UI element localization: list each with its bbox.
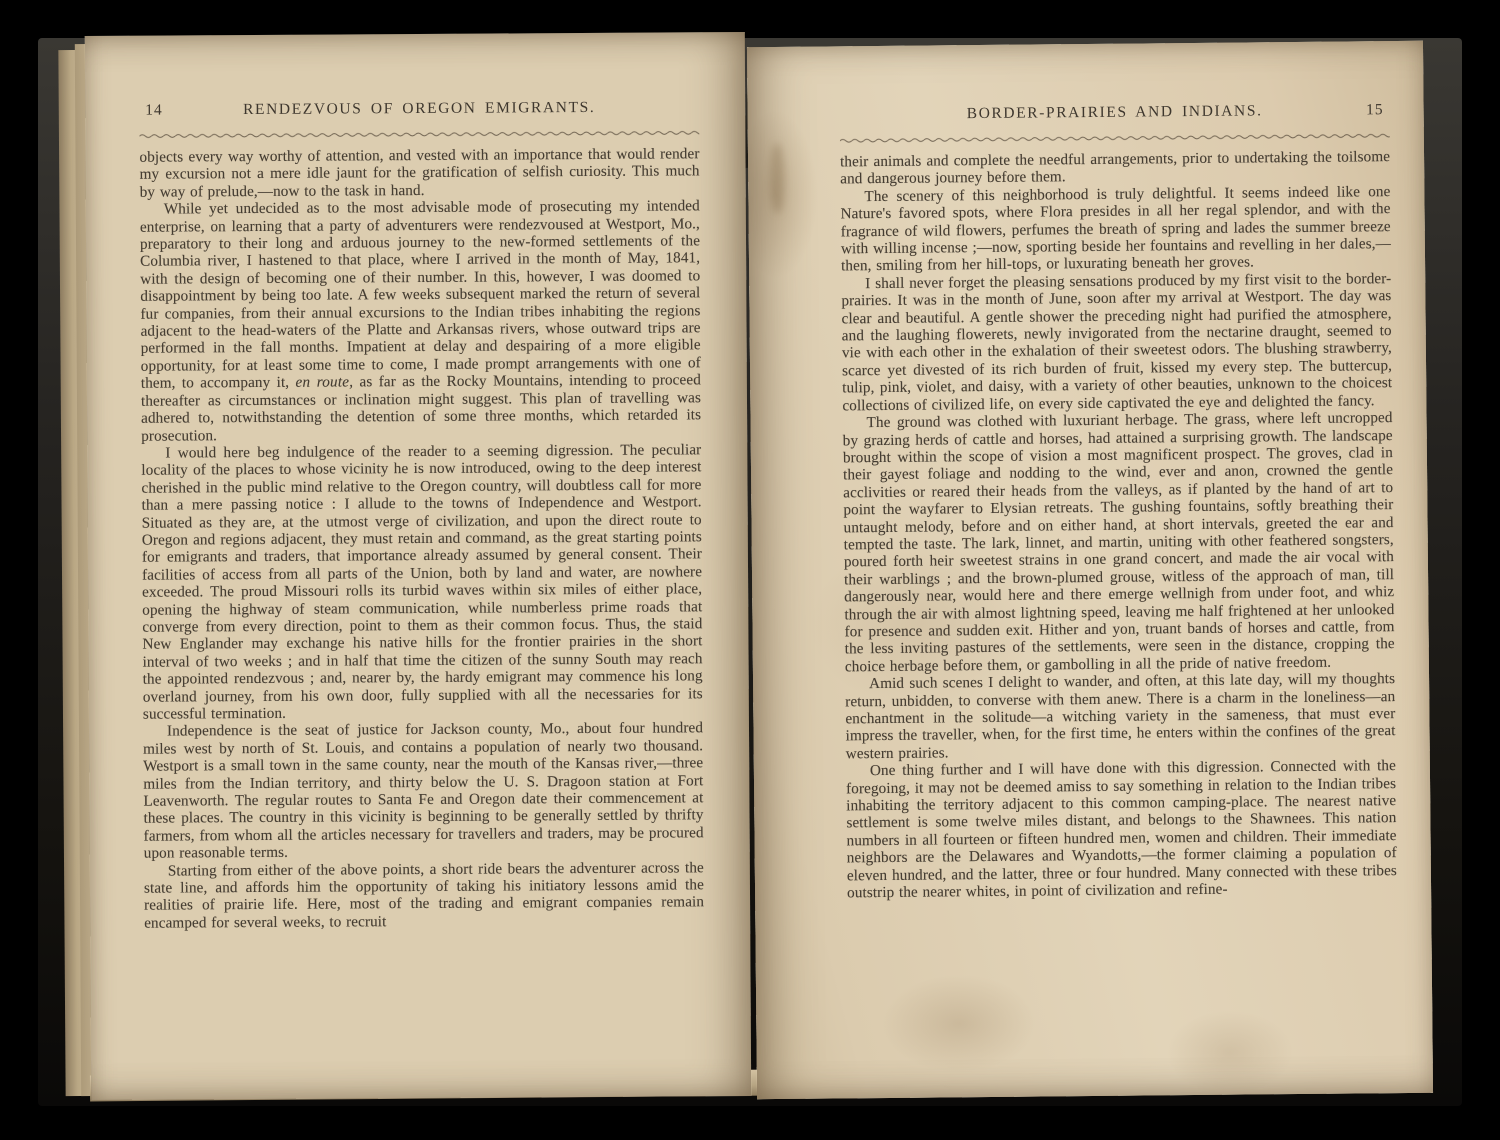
paragraph: Independence is the seat of justice for …	[143, 720, 704, 863]
right-running-head: BORDER-PRAIRIES AND INDIANS.	[840, 101, 1390, 124]
right-page-header: 15 BORDER-PRAIRIES AND INDIANS.	[840, 101, 1390, 130]
wavy-rule	[139, 129, 699, 139]
right-page: 15 BORDER-PRAIRIES AND INDIANS. their an…	[747, 41, 1433, 1099]
right-page-number: 15	[1366, 101, 1384, 119]
paragraph: Starting from either of the above points…	[144, 859, 704, 932]
paragraph: The ground was clothed with luxuriant he…	[842, 409, 1394, 675]
paragraph-text: While yet undecided as to the most advis…	[140, 197, 701, 391]
wavy-rule	[840, 132, 1390, 144]
left-running-head: RENDEZVOUS OF OREGON EMIGRANTS.	[139, 98, 699, 119]
paragraph: While yet undecided as to the most advis…	[140, 197, 701, 444]
book-photograph: 14 RENDEZVOUS OF OREGON EMIGRANTS. objec…	[0, 0, 1500, 1140]
paragraph: their animals and complete the needful a…	[840, 148, 1390, 188]
paragraph: One thing further and I will have done w…	[846, 757, 1397, 902]
page-stain	[770, 143, 785, 213]
paragraph: I shall never forget the pleasing sensat…	[841, 270, 1392, 415]
left-page-number: 14	[145, 102, 163, 120]
paragraph: Amid such scenes I delight to wander, an…	[845, 670, 1396, 762]
left-page-body: objects every way worthy of attention, a…	[139, 145, 704, 932]
paragraph: objects every way worthy of attention, a…	[139, 145, 699, 201]
paragraph-italic-text: en route,	[295, 374, 353, 391]
left-page-header: 14 RENDEZVOUS OF OREGON EMIGRANTS.	[139, 98, 699, 125]
paragraph: The scenery of this neighborhood is trul…	[840, 183, 1391, 275]
left-page: 14 RENDEZVOUS OF OREGON EMIGRANTS. objec…	[85, 32, 751, 1100]
right-page-body: their animals and complete the needful a…	[840, 148, 1397, 902]
paragraph: I would here beg indulgence of the reade…	[141, 441, 703, 723]
